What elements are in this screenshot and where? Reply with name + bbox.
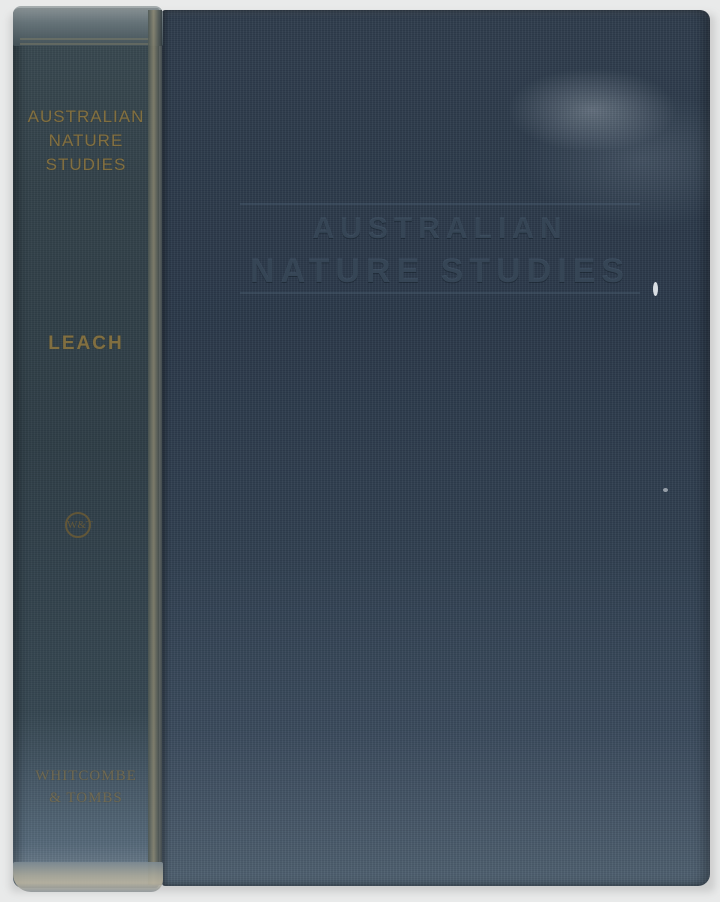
cover-title-line-2: NATURE STUDIES bbox=[240, 252, 640, 291]
spine-tail-tape bbox=[13, 862, 163, 892]
spine-title: AUSTRALIAN NATURE STUDIES bbox=[13, 105, 159, 177]
publisher-logo-icon: W&T bbox=[60, 512, 96, 582]
book-photo: AUSTRALIAN NATURE STUDIES AUSTRALIAN NAT… bbox=[0, 0, 720, 902]
spine-publisher-line-2: & TOMBS bbox=[13, 787, 159, 809]
spine-title-line-3: STUDIES bbox=[13, 153, 159, 177]
spine-band bbox=[20, 43, 150, 45]
publisher-monogram: W&T bbox=[65, 512, 91, 538]
spine-head-tape bbox=[13, 6, 163, 46]
cover-speck bbox=[663, 488, 668, 492]
cover-title-line-1: AUSTRALIAN bbox=[240, 212, 640, 246]
spine-title-line-1: AUSTRALIAN bbox=[13, 105, 159, 129]
spine-publisher-line-1: WHITCOMBE bbox=[13, 765, 159, 787]
spine-publisher: WHITCOMBE & TOMBS bbox=[13, 765, 159, 809]
cover-speck bbox=[653, 282, 658, 296]
cover-blind-rule-bottom bbox=[240, 292, 640, 294]
spine-band bbox=[20, 38, 150, 40]
spine-title-line-2: NATURE bbox=[13, 129, 159, 153]
cover-blind-rule-top bbox=[240, 203, 640, 205]
spine-author: LEACH bbox=[13, 333, 159, 355]
front-cover bbox=[162, 10, 710, 886]
